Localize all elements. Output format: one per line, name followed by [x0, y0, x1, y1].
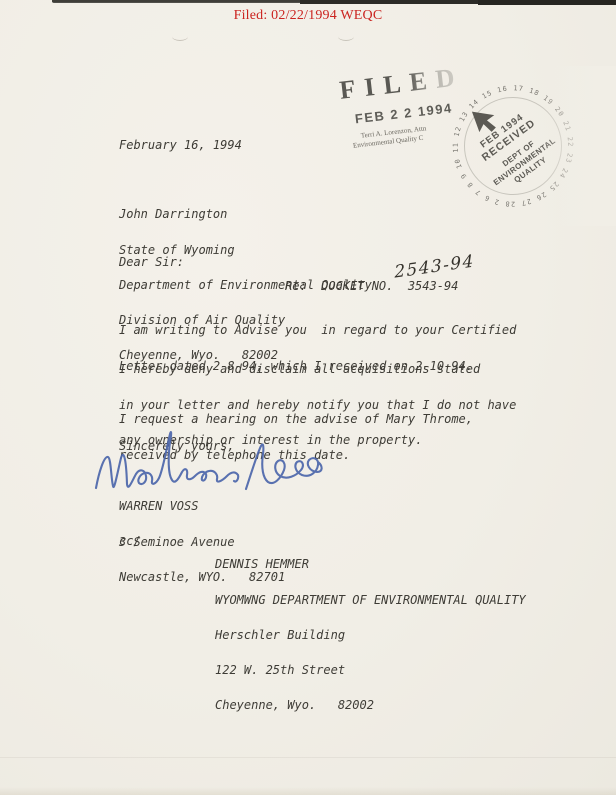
- paper-shadow: [0, 787, 616, 795]
- re-docket-line: Re: DOCKET NO. 3543-94: [285, 281, 458, 293]
- scan-edge: [300, 0, 480, 4]
- cc-line: DENNIS HEMMER: [215, 559, 526, 571]
- cc-block: DENNIS HEMMER WYOMWNG DEPARTMENT OF ENVI…: [215, 536, 526, 735]
- filed-header-text: Filed: 02/22/1994 WEQC: [0, 8, 616, 24]
- paragraph-line: I hereby deny and disclaim all acquisiti…: [119, 364, 516, 376]
- cc-line: Herschler Building: [215, 630, 526, 642]
- paragraph-line: I am writing to Advise you in regard to …: [119, 325, 516, 337]
- scan-edge: [478, 0, 616, 5]
- paper-mark: [338, 32, 354, 41]
- stamp-fade: [538, 66, 616, 226]
- salutation: Dear Sir:: [119, 257, 184, 269]
- letter-date: February 16, 1994: [119, 140, 242, 152]
- cc-line: WYOMWNG DEPARTMENT OF ENVIRONMENTAL QUAL…: [215, 595, 526, 607]
- letter-scan-page: Filed: 02/22/1994 WEQC FILED FEB 2 2 199…: [0, 0, 616, 795]
- cc-line: 122 W. 25th Street: [215, 665, 526, 677]
- docket-number-handwritten: 2543-94: [394, 251, 475, 282]
- cc-line: Cheyenne, Wyo. 82002: [215, 700, 526, 712]
- cc-label: cc/: [119, 536, 141, 548]
- paper-mark: [172, 32, 188, 41]
- scan-edge: [52, 0, 302, 3]
- recipient-line: John Darrington: [119, 209, 372, 221]
- sender-line: WARREN VOSS: [119, 501, 285, 513]
- paper-crease: [0, 757, 616, 758]
